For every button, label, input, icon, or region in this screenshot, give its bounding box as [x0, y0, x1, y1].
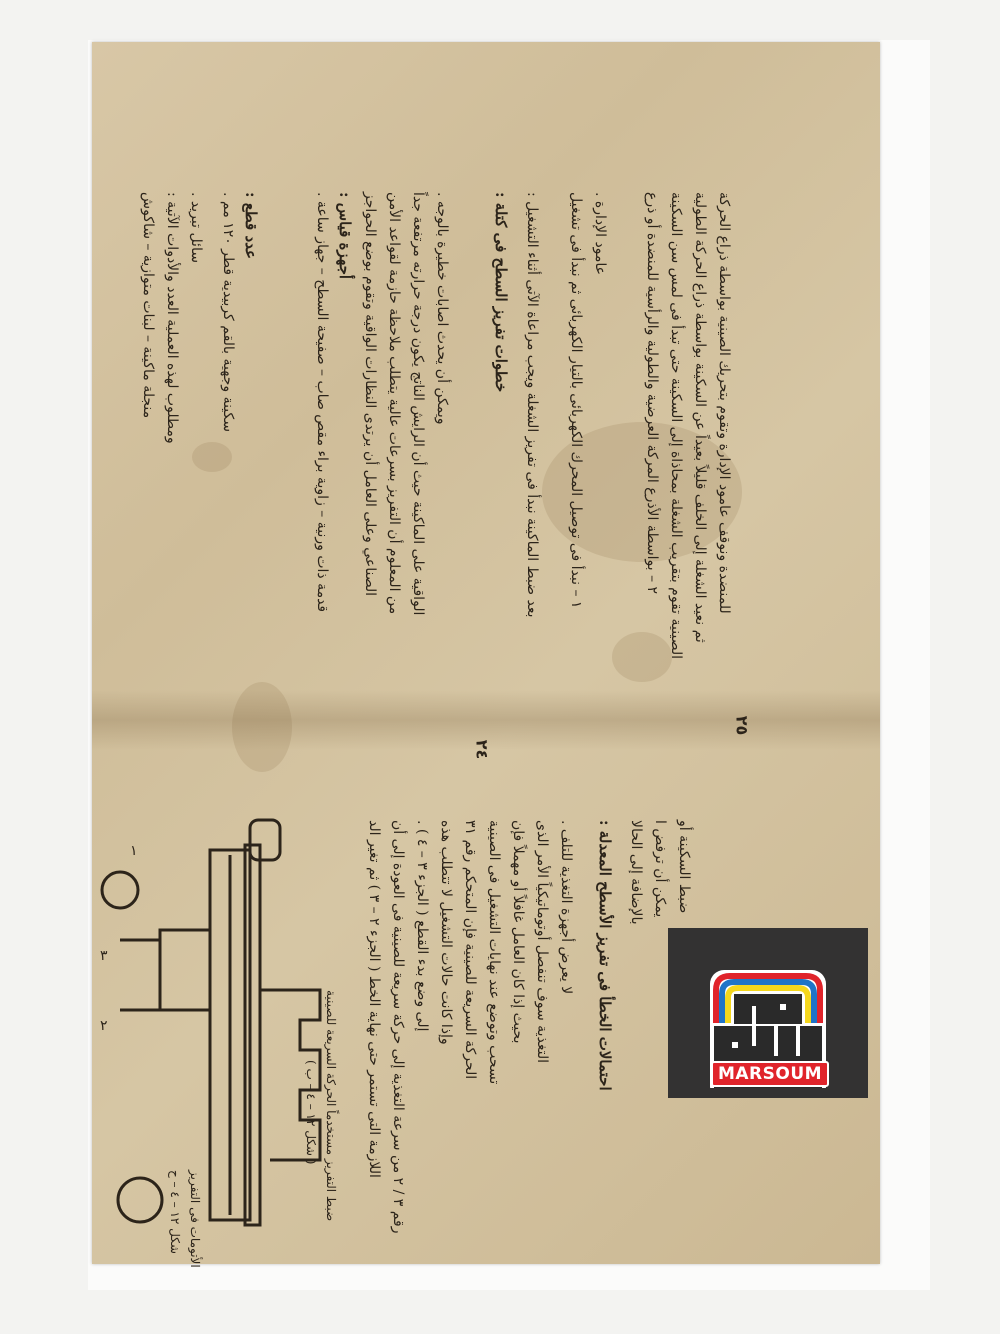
text-line: سكينة وجهية بالقم كربيدية قطر ١٢٠ مم . — [220, 192, 236, 432]
section-heading: احتمالات الخطأ فى تفريز الأسطح المعدلة : — [596, 820, 614, 1091]
text-line: عامود الإدارة . — [592, 192, 608, 275]
text-line: ثم نعيد الشغلة إلى الخلف قليلاً بعيداً ع… — [692, 192, 708, 643]
text-line: بعد ضبط الماكينة نبدأ فى تفريز الشغلة وي… — [524, 192, 540, 618]
text-line: قدمة ذات ورنية – زاوية براء مقص صاب – صف… — [314, 192, 330, 612]
text-line: ضبط السكينة أو — [676, 820, 692, 913]
text-line: التغذية سوف تنفصل أوتوماتيكياً الأمر الذ… — [534, 820, 550, 1063]
text-line: بالإضافة إلى الحالا — [628, 820, 644, 925]
text-line: وإذا كانت حالات التشغيل لا تتطلب هذه — [438, 820, 454, 1045]
page-number: ٢٥ — [732, 716, 751, 736]
text-line: ٢ – بواسطة الأذرع المركة العرضية والطولي… — [644, 192, 660, 594]
text-line: منجلة ماكينة – لبنات متوازية – شاكوش — [140, 192, 156, 418]
section-heading: أجهزة قياس : — [336, 192, 354, 279]
diagram-label: ٢ — [100, 1018, 108, 1034]
text-line: تسحب وتوضع عند نهايات التشغيل فى الصينية — [486, 820, 502, 1084]
section-heading: خطوات تفريز السطح فى كتلة : — [492, 192, 510, 392]
text-line: ومطلوب لهذه العملية العدد والأدوات الآتي… — [164, 192, 180, 444]
text-line: للمنضدة ونوقف عامود الإدارة وتقوم بتحريك… — [716, 192, 732, 614]
text-line: بحيث إذا كان العامل غافلاً أو مهملاً فإن — [510, 820, 526, 1043]
diagram-label: ١ — [130, 843, 138, 859]
milling-machine-diagram: ١ ٣ ٢ — [100, 760, 430, 1280]
page-number: ٢٤ — [472, 740, 491, 760]
marsoum-watermark: MARSOUM — [668, 928, 868, 1098]
text-line: الصينية تقوم بتقريب الشغلة بمحاذاة إلى ا… — [668, 192, 684, 659]
text-line: ويمكن أن يحدث اصابات خطيرة بالوجه . — [434, 192, 450, 425]
text-line: الواقية على الماكينة حيث أن الرايش النات… — [410, 192, 426, 615]
text-line: سائل تبريد . — [188, 192, 204, 263]
text-line: الحركة السريعة للصينية فإن المتحكم رقم ٣… — [462, 820, 478, 1079]
diagram-label: ٣ — [100, 948, 108, 964]
text-line: من المعلوم أن التفريز بسرعات عالية يتطلب… — [386, 192, 402, 614]
section-heading: عدد قطع : — [242, 192, 260, 259]
top-page: سائل تبريد . ومطلوب لهذه العملية العدد و… — [92, 42, 880, 692]
text-line: يمكن أن ترفض ا — [652, 820, 668, 917]
text-line: ١ – نبدأ فى توصيل المحرك الكهربائى بالتي… — [568, 192, 584, 608]
marsoum-logo-text: MARSOUM — [711, 1061, 829, 1087]
text-line: الصناعي وعلى العامل أن يرتدى النظارات ال… — [362, 192, 378, 596]
text-line: لا يعرض أجهزة التغذية للتلف . — [558, 820, 574, 994]
